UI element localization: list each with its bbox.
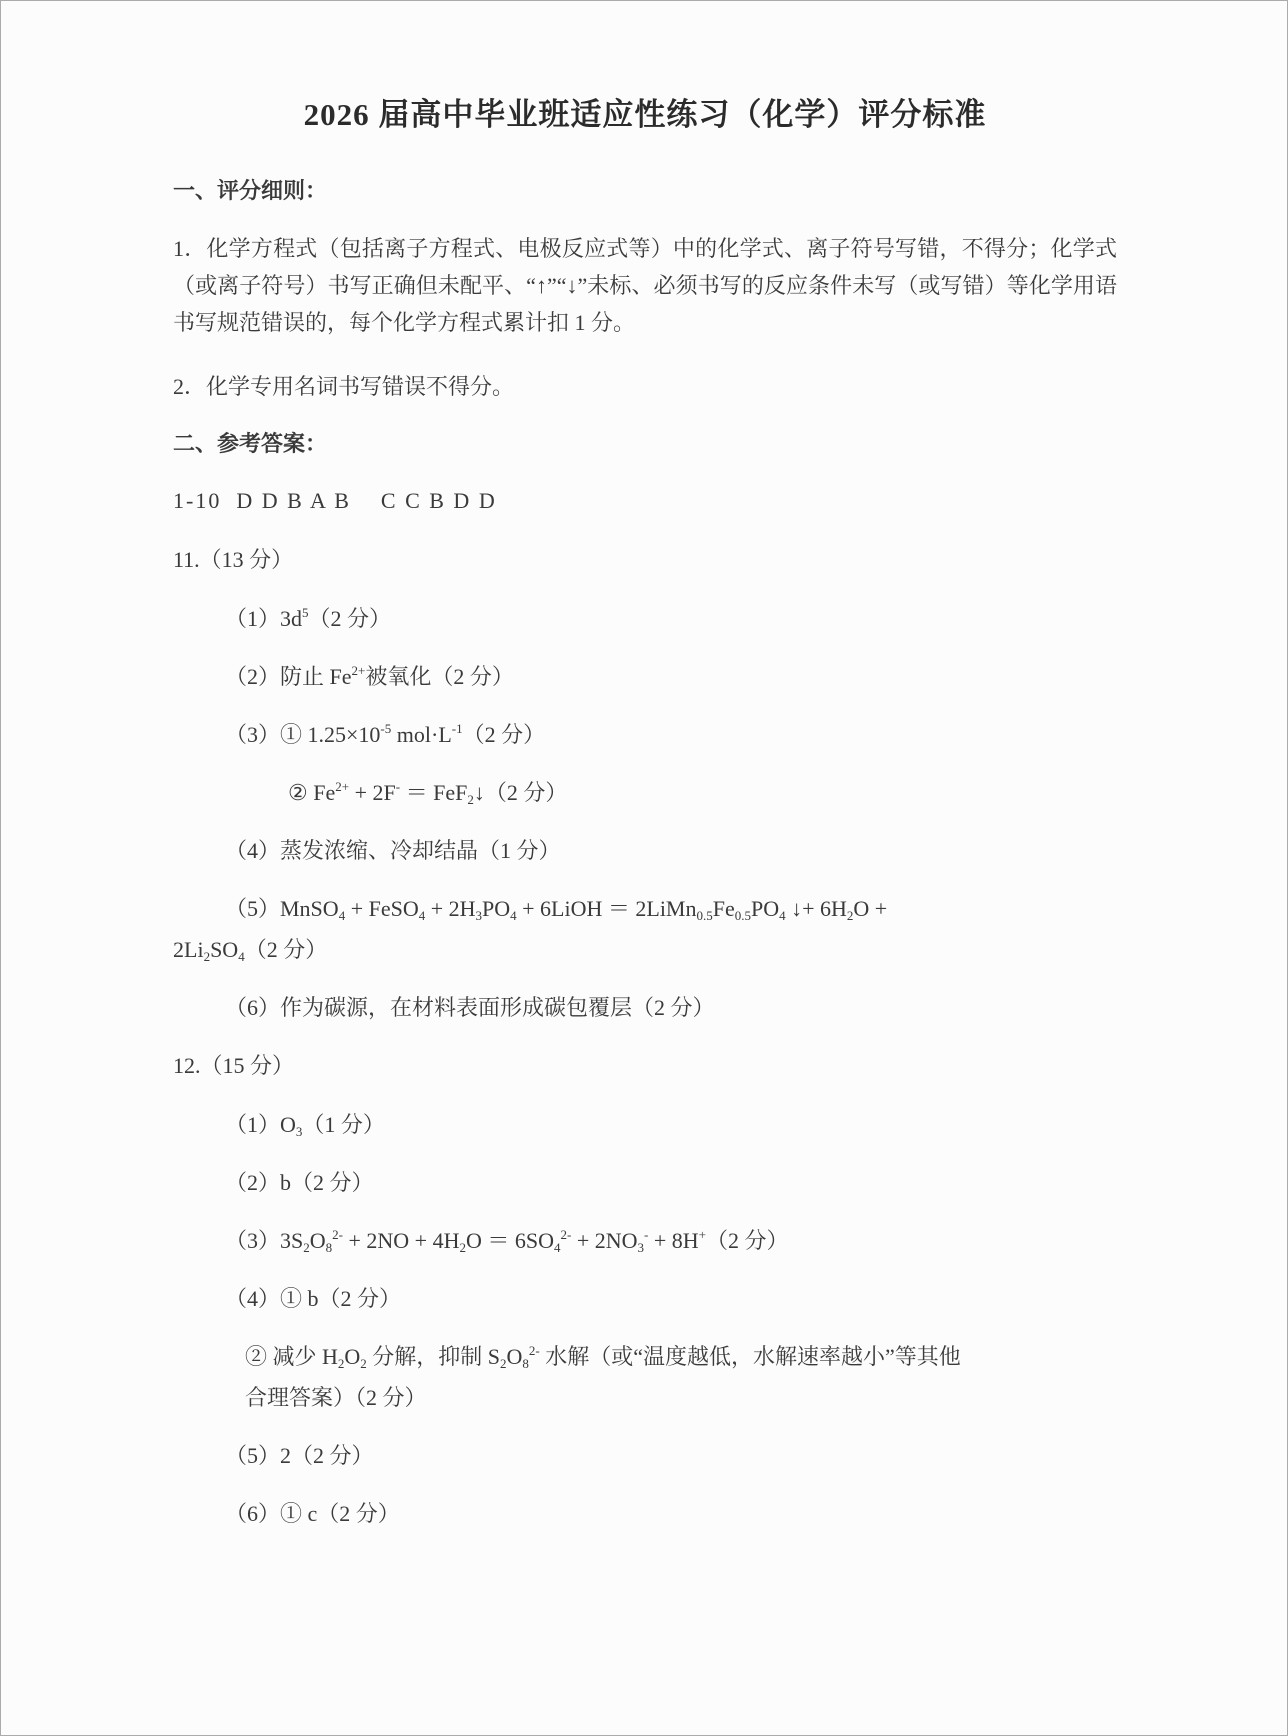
q11-answer-3-2: ② Fe2+ + 2F- ＝ FeF2↓（2 分） — [288, 775, 1117, 810]
q11-answer-2: （2）防止 Fe2+被氧化（2 分） — [225, 659, 1117, 694]
document-content: 2026 届高中毕业班适应性练习（化学）评分标准 一、评分细则： 1．化学方程式… — [1, 1, 1287, 1531]
q11-answer-6: （6）作为碳源，在材料表面形成碳包覆层（2 分） — [225, 990, 1117, 1025]
q12-answer-4-2-line1: ② 减少 H2O2 分解，抑制 S2O82- 水解（或“温度越低，水解速率越小”… — [245, 1339, 1117, 1374]
q11-answer-5-line1: （5）MnSO4 + FeSO4 + 2H3PO4 + 6LiOH ＝ 2LiM… — [225, 891, 1117, 926]
q11-heading: 11.（13 分） — [173, 542, 1117, 577]
q11-answer-3-1: （3）① 1.25×10-5 mol·L-1（2 分） — [225, 717, 1117, 752]
rule-item-2: 2．化学专用名词书写错误不得分。 — [173, 369, 1117, 404]
multiple-choice-answers: 1-10 D D B A B C C B D D — [173, 483, 1117, 518]
scanned-document-page: 2026 届高中毕业班适应性练习（化学）评分标准 一、评分细则： 1．化学方程式… — [0, 0, 1288, 1736]
rule-item-1: 1．化学方程式（包括离子方程式、电极反应式等）中的化学式、离子符号写错，不得分；… — [173, 230, 1117, 341]
rules-section-heading: 一、评分细则： — [173, 174, 1117, 208]
q11-answer-5-line2: 2Li2SO4（2 分） — [173, 932, 1117, 967]
q12-answer-2: （2）b（2 分） — [225, 1165, 1117, 1200]
q12-answer-3: （3）3S2O82- + 2NO + 4H2O ＝ 6SO42- + 2NO3-… — [225, 1223, 1117, 1258]
answers-section-heading: 二、参考答案： — [173, 427, 1117, 461]
q11-answer-4: （4）蒸发浓缩、冷却结晶（1 分） — [225, 833, 1117, 868]
q12-answer-4-2-line2: 合理答案）（2 分） — [245, 1380, 1117, 1415]
q12-answer-4-1: （4）① b（2 分） — [225, 1281, 1117, 1316]
q11-answer-1: （1）3d5（2 分） — [225, 601, 1117, 636]
q12-answer-1: （1）O3（1 分） — [225, 1107, 1117, 1142]
q12-answer-6: （6）① c（2 分） — [225, 1496, 1117, 1531]
document-title: 2026 届高中毕业班适应性练习（化学）评分标准 — [173, 89, 1117, 134]
q12-answer-5: （5）2（2 分） — [225, 1438, 1117, 1473]
q12-heading: 12.（15 分） — [173, 1048, 1117, 1083]
